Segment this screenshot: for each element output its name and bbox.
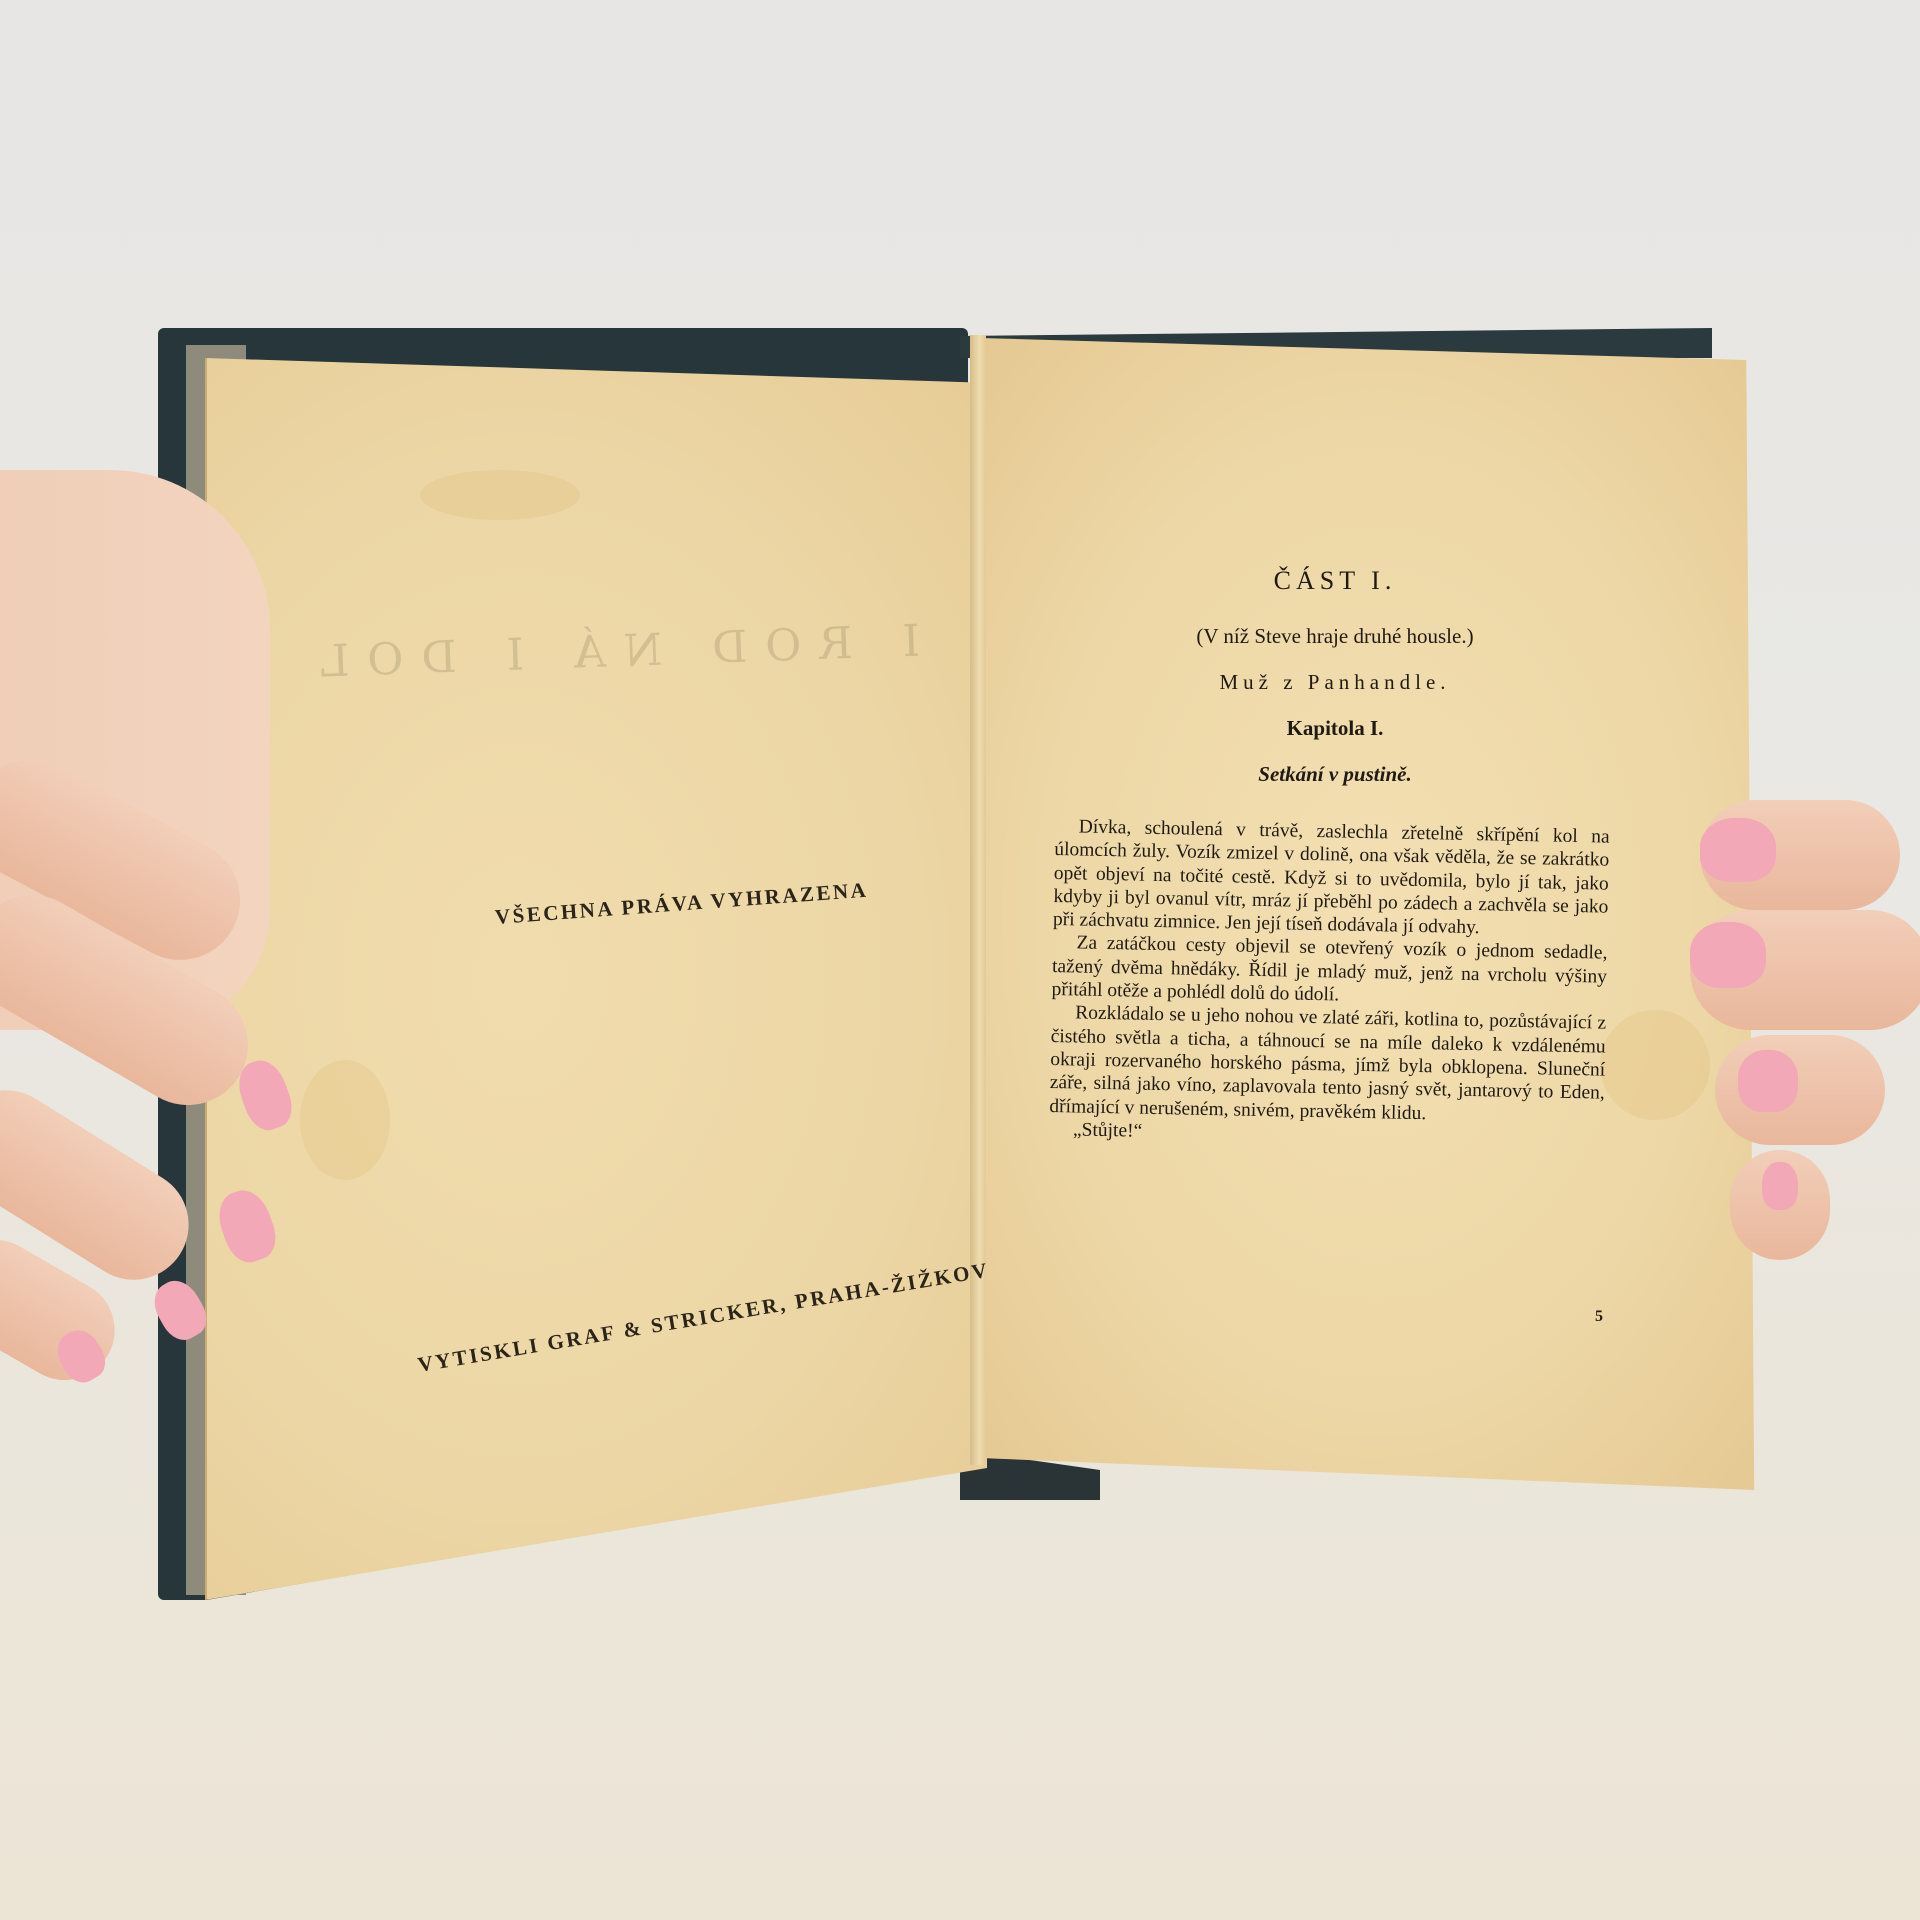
paper-stain <box>1600 1010 1710 1120</box>
part-subtitle: (V níž Steve hraje druhé housle.) <box>1050 624 1620 649</box>
chapter-title: Setkání v pustině. <box>1050 762 1620 787</box>
left-page[interactable] <box>205 358 987 1600</box>
chapter-heading: Kapitola I. <box>1050 716 1620 741</box>
page-number: 5 <box>1595 1308 1603 1326</box>
part-heading: ČÁST I. <box>1050 566 1620 596</box>
paragraph: Rozkládalo se u jeho nohou ve zlaté záři… <box>1049 1001 1606 1128</box>
pink-nail-icon <box>1690 922 1766 988</box>
chapter-body: Dívka, schoulená v trávě, zaslechla zřet… <box>1049 815 1610 1152</box>
book-gutter <box>970 335 986 1465</box>
paragraph: Za zatáčkou cesty objevil se otevřený vo… <box>1051 931 1607 1012</box>
paper-stain <box>300 1060 390 1180</box>
section-title: Muž z Panhandle. <box>1050 670 1620 695</box>
pink-nail-icon <box>1738 1050 1798 1112</box>
paragraph: Dívka, schoulená v trávě, zaslechla zřet… <box>1053 815 1610 942</box>
paper-stain <box>420 470 580 520</box>
pink-nail-icon <box>1700 818 1776 882</box>
pink-nail-icon <box>1762 1162 1798 1210</box>
